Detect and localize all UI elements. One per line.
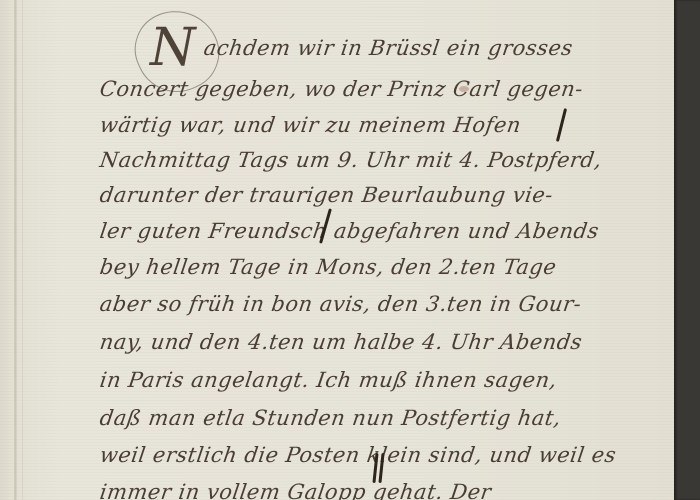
manuscript-line-9: nay, und den 4.ten um halbe 4. Uhr Abend…: [98, 330, 584, 354]
page-fold-shadow: [22, 0, 23, 500]
manuscript-line-5: darunter der traurigen Beurlaubung vie-: [98, 183, 554, 207]
manuscript-line-3: wärtig war, und wir zu meinem Hofen: [98, 113, 522, 137]
scan-dark-edge: [674, 0, 700, 500]
manuscript-line-2: Concert gegeben, wo der Prinz Carl gegen…: [98, 77, 584, 101]
manuscript-line-4: Nachmittag Tags um 9. Uhr mit 4. Postpfe…: [98, 148, 603, 172]
manuscript-line-11: daß man etla Stunden nun Postfertig hat,: [98, 406, 562, 430]
ink-correction-mark: [556, 108, 567, 142]
manuscript-page: N achdem wir in Brüssl ein grosses Conce…: [0, 0, 674, 500]
page-fold-line: [14, 0, 17, 500]
manuscript-line-12: weil erstlich die Posten klein sind, und…: [98, 443, 617, 467]
manuscript-line-10: in Paris angelangt. Ich muß ihnen sagen,: [98, 368, 558, 392]
decorative-initial-letter: N: [150, 18, 196, 78]
red-ink-smudge: [459, 86, 469, 92]
manuscript-line-8: aber so früh in bon avis, den 3.ten in G…: [98, 292, 583, 316]
manuscript-line-6: ler guten Freundsch abgefahren und Abend…: [98, 219, 600, 243]
manuscript-line-1: achdem wir in Brüssl ein grosses: [202, 36, 574, 60]
manuscript-line-13: immer in vollem Galopp gehat. Der: [98, 480, 493, 500]
manuscript-line-7: bey hellem Tage in Mons, den 2.ten Tage: [98, 255, 558, 279]
